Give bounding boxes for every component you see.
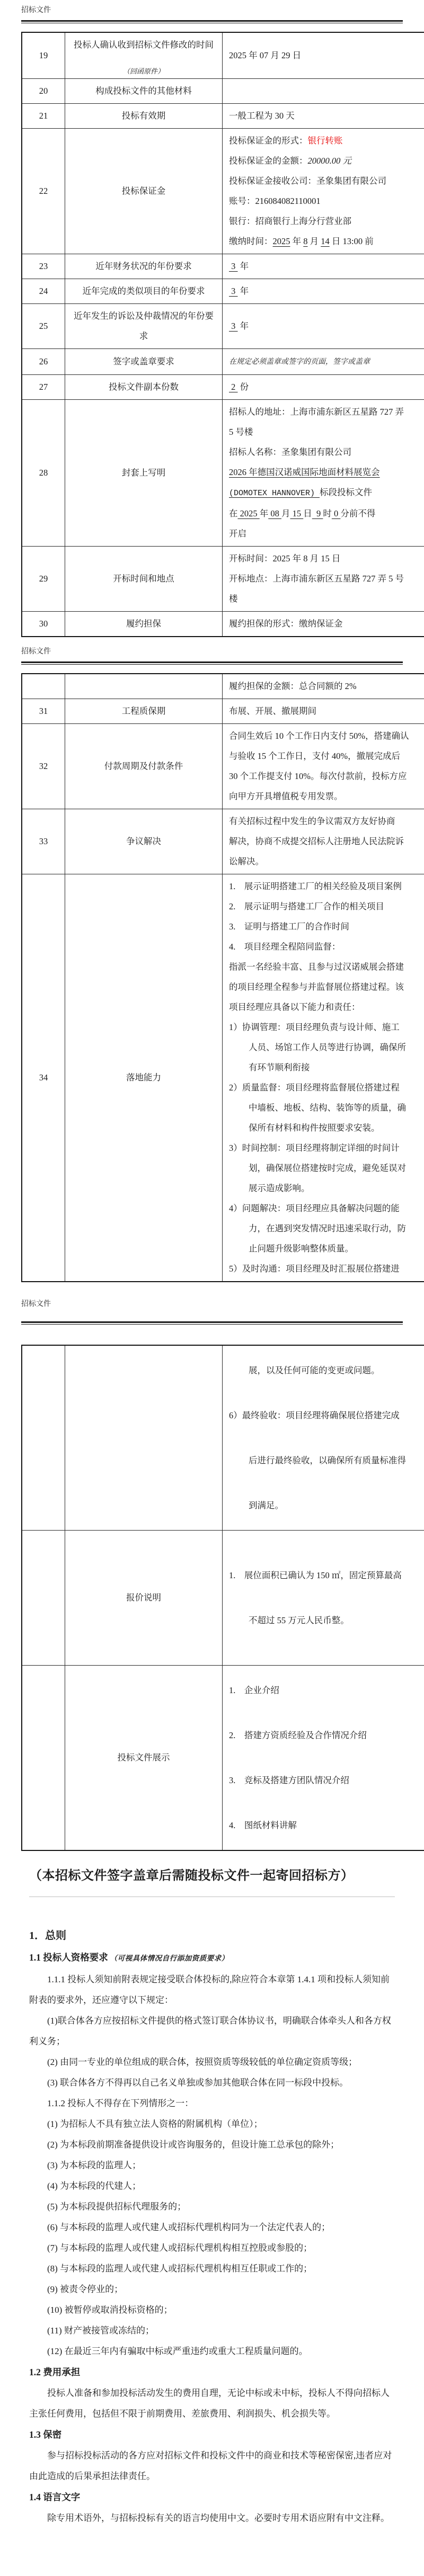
section-paragraph: (3) 联合体各方不得再以自己名义单独或参加其他联合体在同一标段中投标。	[29, 2072, 395, 2093]
row-number-cell: 24	[22, 279, 65, 304]
value-line: 5）及时沟通：项目经理及时汇报展位搭建进	[229, 1259, 422, 1279]
value-line: 到满足。	[229, 1483, 422, 1528]
row-number-cell	[22, 1666, 65, 1851]
text-run: 0	[332, 508, 341, 518]
bid-notice-table-1: 19投标人确认收到招标文件修改的时间（回函原件）2025 年 07 月 29 日…	[21, 32, 424, 637]
header-double-rule	[21, 1321, 403, 1325]
row-number-cell: 31	[22, 699, 65, 724]
value-line: 项目经理应具备以下能力和责任：	[229, 997, 422, 1017]
section-heading: 1.1 投标人资格要求 （可视具体情况自行添加资质要求）	[29, 1947, 395, 1969]
row-label: 工程质保期	[69, 701, 218, 721]
section-heading-note: （可视具体情况自行添加资质要求）	[108, 1954, 229, 1962]
value-line: 一般工程为 30 天	[229, 106, 422, 126]
row-label: 投标文件展示	[69, 1746, 218, 1769]
text-run: 8	[303, 236, 307, 246]
value-line: 指派一名经验丰富、且参与过汉诺威展会搭建	[229, 957, 422, 977]
value-line: 4）问题解决：项目经理应具备解决问题的能	[229, 1198, 422, 1219]
table-row: 22投标保证金投标保证金的形式：银行转账投标保证金的金额：20000.00 元投…	[22, 129, 424, 254]
text-run: 年	[238, 286, 249, 296]
section-divider-line	[29, 1897, 395, 1897]
value-line: 3 年	[229, 256, 422, 276]
row-number-cell: 20	[22, 79, 65, 104]
text-run: 分前不得	[340, 508, 375, 518]
row-value-cell: 合同生效后 10 个工作日内支付 50%，搭建确认与验收 15 个工作日，支付 …	[223, 724, 424, 809]
value-line: 开标地点：上海市浦东新区五星路 727 弄 5 号	[229, 569, 422, 589]
row-value-cell: 履约担保的金额：总合同额的 2%	[223, 674, 424, 699]
row-label-cell: 近年财务状况的年份要求	[65, 254, 223, 279]
text-run: 份	[238, 382, 249, 392]
value-line: 后进行最终验收，以确保所有质量标准得	[229, 1438, 422, 1483]
table-row: 19投标人确认收到招标文件修改的时间（回函原件）2025 年 07 月 29 日	[22, 32, 424, 79]
section-paragraph: 除专用术语外，与招标投标有关的语言均使用中文。必要时专用术语应附有中文注释。	[29, 2508, 395, 2528]
row-label: 落地能力	[69, 1068, 218, 1088]
value-line: 账号：216084082110001	[229, 191, 422, 211]
row-label: 近年完成的类似项目的年份要求	[69, 281, 218, 301]
table-row: 23近年财务状况的年份要求 3 年	[22, 254, 424, 279]
page-header: 招标文件	[21, 0, 403, 15]
section-paragraph: 投标人准备和参加投标活动发生的费用自理，无论中标或未中标，投标人不得向招标人主张…	[29, 2383, 395, 2424]
value-line: 2025 年 07 月 29 日	[229, 46, 422, 66]
row-number-cell	[22, 674, 65, 699]
row-label-cell: 工程质保期	[65, 699, 223, 724]
value-line: 2. 搭建方资质经验及合作情况介绍	[229, 1713, 422, 1758]
value-line: 与验收 15 个工作日，支付 40%，撤展完成后	[229, 746, 422, 766]
text-run: 15	[290, 508, 304, 518]
row-value-cell: 履约担保的形式：缴纳保证金	[223, 612, 424, 637]
row-value-cell: 2025 年 07 月 29 日	[223, 32, 424, 79]
text-run: 年	[238, 261, 249, 271]
row-value-cell: 1. 展示证明搭建工厂的相关经验及项目案例2. 展示证明与搭建工厂合作的相关项目…	[223, 874, 424, 1282]
row-label-cell: 近年发生的诉讼及仲裁情况的年份要求	[65, 304, 223, 349]
text-run: 月	[308, 236, 321, 246]
value-line: 3. 证明与搭建工厂的合作时间	[229, 917, 422, 937]
bid-notice-table-3: 展，以及任何可能的变更或问题。6）最终验收：项目经理将确保展位搭建完成后进行最终…	[21, 1345, 424, 1851]
value-line: 3. 竞标及搭建方团队情况介绍	[229, 1758, 422, 1803]
text-run: 2	[229, 382, 238, 392]
text-run: 时	[323, 508, 332, 518]
row-number-cell: 33	[22, 809, 65, 874]
row-label-cell: 投标文件副本份数	[65, 375, 223, 400]
value-line: 展，以及任何可能的变更或问题。	[229, 1348, 422, 1393]
table-row: 30履约担保履约担保的形式：缴纳保证金	[22, 612, 424, 637]
table-row: 31工程质保期布展、开展、撤展期间	[22, 699, 424, 724]
row-label-cell: 封套上写明	[65, 400, 223, 547]
text-run: 2026 年德国汉诺威国际地面材料展览会	[229, 467, 380, 477]
value-line: 中墙板、地板、结构、装饰等的质量，确	[229, 1098, 422, 1118]
value-line: 投标保证金的形式：银行转账	[229, 131, 422, 151]
section-paragraph: (12) 在最近三年内有骗取中标或严重违约或重大工程质量问题的。	[29, 2341, 395, 2362]
section-paragraph: 1.1.1 投标人须知前附表规定接受联合体投标的,除应符合本章第 1.4.1 项…	[29, 1969, 395, 2010]
value-line: 履约担保的金额：总合同额的 2%	[229, 676, 422, 696]
value-line: 楼	[229, 589, 422, 609]
row-number-cell: 23	[22, 254, 65, 279]
section-paragraph: (10) 被暂停或取消投标资格的；	[29, 2300, 395, 2320]
table-row: 报价说明1. 展位面积已确认为 150 ㎡，固定预算最高不超过 55 万元人民币…	[22, 1531, 424, 1666]
general-provisions-section: 1．总则1.1 投标人资格要求 （可视具体情况自行添加资质要求）1.1.1 投标…	[29, 1925, 395, 2528]
row-value-cell: 展，以及任何可能的变更或问题。6）最终验收：项目经理将确保展位搭建完成后进行最终…	[223, 1345, 424, 1531]
value-line: 2026 年德国汉诺威国际地面材料展览会	[229, 462, 422, 482]
table-row: 34落地能力1. 展示证明搭建工厂的相关经验及项目案例2. 展示证明与搭建工厂合…	[22, 874, 424, 1282]
section-paragraph: (2) 由同一专业的单位组成的联合体，按照资质等级较低的单位确定资质等级；	[29, 2052, 395, 2072]
value-line: (DOMOTEX HANNOVER) 标段投标文件	[229, 482, 422, 504]
row-number-cell: 25	[22, 304, 65, 349]
row-number-cell: 27	[22, 375, 65, 400]
row-label: 投标文件副本份数	[69, 377, 218, 397]
value-line: 5 号楼	[229, 422, 422, 442]
tender-document-page: { "doc": { "page_header": "招标文件", "closi…	[0, 0, 424, 2576]
row-label-cell: 近年完成的类似项目的年份要求	[65, 279, 223, 304]
text-run: 2025	[238, 508, 260, 518]
table-row: 投标文件展示1. 企业介绍2. 搭建方资质经验及合作情况介绍3. 竞标及搭建方团…	[22, 1666, 424, 1851]
text-run: 日 13:00 前	[330, 236, 374, 246]
text-run: 标段投标文件	[320, 487, 372, 497]
table-row: 29开标时间和地点开标时间：2025 年 8 月 15 日开标地点：上海市浦东新…	[22, 547, 424, 612]
row-label: 近年发生的诉讼及仲裁情况的年份要求	[69, 306, 218, 346]
table-row: 33争议解决有关招标过程中发生的争议需双方友好协商解决，协商不成提交招标人注册地…	[22, 809, 424, 874]
section-paragraph: (4) 为本标段的代建人；	[29, 2176, 395, 2196]
row-label: 履约担保	[69, 614, 218, 634]
value-line: 2）质量监督：项目经理将监督展位搭建过程	[229, 1078, 422, 1098]
text-run: 在规定必须盖章或签字的页面，签字或盖章	[229, 358, 370, 366]
row-label: 报价说明	[69, 1586, 218, 1609]
row-label: 投标人确认收到招标文件修改的时间	[69, 35, 218, 55]
value-line: 4. 项目经理全程陪同监督：	[229, 937, 422, 957]
value-line: 1. 展位面积已确认为 150 ㎡，固定预算最高	[229, 1553, 422, 1598]
value-line: 3 年	[229, 281, 422, 301]
header-double-rule	[21, 20, 403, 23]
table-row: 27投标文件副本份数 2 份	[22, 375, 424, 400]
value-line: 合同生效后 10 个工作日内支付 50%，搭建确认	[229, 726, 422, 746]
row-number-cell: 26	[22, 349, 65, 375]
row-label-cell: 争议解决	[65, 809, 223, 874]
text-run: 月	[281, 508, 290, 518]
value-line: 2. 展示证明与搭建工厂合作的相关项目	[229, 897, 422, 917]
value-line: 力，在遇到突发情况时迅速采取行动，防	[229, 1219, 422, 1239]
row-value-cell	[223, 79, 424, 104]
table-row: 25近年发生的诉讼及仲裁情况的年份要求 3 年	[22, 304, 424, 349]
row-value-cell: 1. 展位面积已确认为 150 ㎡，固定预算最高不超过 55 万元人民币整。	[223, 1531, 424, 1666]
row-value-cell: 投标保证金的形式：银行转账投标保证金的金额：20000.00 元投标保证金接收公…	[223, 129, 424, 254]
section-paragraph: (3) 为本标段的监理人；	[29, 2155, 395, 2176]
value-line: 6）最终验收：项目经理将确保展位搭建完成	[229, 1393, 422, 1438]
text-run: 日	[303, 508, 312, 518]
row-value-cell: 开标时间：2025 年 8 月 15 日开标地点：上海市浦东新区五星路 727 …	[223, 547, 424, 612]
text-run: 08	[268, 508, 281, 518]
section-paragraph: (1) 为招标人不具有独立法人资格的附属机构（单位）；	[29, 2114, 395, 2134]
row-label: 投标保证金	[69, 181, 218, 201]
text-run: 在	[229, 508, 238, 518]
section-paragraph: (6) 与本标段的监理人或代建人或招标代理机构同为一个法定代表人的；	[29, 2217, 395, 2238]
value-line: 不超过 55 万元人民币整。	[229, 1598, 422, 1643]
row-value-cell: 2 份	[223, 375, 424, 400]
value-line: 3）时间控制：项目经理将制定详细的时间计	[229, 1138, 422, 1158]
value-line: 止问题升级影响整体质量。	[229, 1239, 422, 1259]
row-label-cell: 构成投标文件的其他材料	[65, 79, 223, 104]
text-run: 年	[238, 321, 249, 331]
row-label: 开标时间和地点	[69, 569, 218, 589]
value-line: 开启	[229, 524, 422, 544]
row-label: 签字或盖章要求	[69, 352, 218, 372]
value-line: 在 2025 年 08 月 15 日 9 时 0 分前不得	[229, 504, 422, 524]
value-line: 展示造成影响。	[229, 1178, 422, 1198]
text-run: 投标保证金的金额：	[229, 156, 308, 166]
value-line: 履约担保的形式：缴纳保证金	[229, 614, 422, 634]
row-value-cell: 1. 企业介绍2. 搭建方资质经验及合作情况介绍3. 竞标及搭建方团队情况介绍4…	[223, 1666, 424, 1851]
value-line: 向甲方开具增值税专用发票。	[229, 786, 422, 807]
value-line: 1. 展示证明搭建工厂的相关经验及项目案例	[229, 876, 422, 897]
section-heading: 1.4 语言文字	[29, 2486, 395, 2508]
row-label-cell: 落地能力	[65, 874, 223, 1282]
text-run: (DOMOTEX HANNOVER)	[229, 489, 320, 498]
value-line: 2 份	[229, 377, 422, 397]
section-paragraph: (1)联合体各方应按招标文件提供的格式签订联合体协议书，明确联合体牵头人和各方权…	[29, 2010, 395, 2052]
value-line: 3 年	[229, 316, 422, 336]
table-row: 履约担保的金额：总合同额的 2%	[22, 674, 424, 699]
row-number-cell: 32	[22, 724, 65, 809]
section-heading: 1.3 保密	[29, 2424, 395, 2445]
section-paragraph: 1.1.2 投标人不得存在下列情形之一：	[29, 2093, 395, 2114]
row-label-note: （回函原件）	[69, 67, 218, 76]
row-number-cell: 34	[22, 874, 65, 1282]
section-heading: 1．总则	[29, 1925, 395, 1947]
value-line: 缴纳时间：2025 年 8 月 14 日 13:00 前	[229, 231, 422, 252]
row-value-cell: 3 年	[223, 279, 424, 304]
value-line: 布展、开展、撤展期间	[229, 701, 422, 721]
row-number-cell: 30	[22, 612, 65, 637]
row-label-cell: 投标保证金	[65, 129, 223, 254]
row-number-cell: 19	[22, 32, 65, 79]
text-run: 14	[321, 236, 330, 246]
row-number-cell	[22, 1345, 65, 1531]
value-line: 有关招标过程中发生的争议需双方友好协商	[229, 811, 422, 831]
table-row: 21投标有效期一般工程为 30 天	[22, 104, 424, 129]
text-run: 3	[229, 286, 238, 296]
row-label-cell: 签字或盖章要求	[65, 349, 223, 375]
text-run: 年	[260, 508, 269, 518]
row-label: 投标有效期	[69, 106, 218, 126]
row-number-cell: 21	[22, 104, 65, 129]
value-line: 1. 企业介绍	[229, 1668, 422, 1713]
table-row: 24近年完成的类似项目的年份要求 3 年	[22, 279, 424, 304]
text-run: 3	[229, 261, 238, 271]
return-instruction-note: （本招标文件签字盖章后需随投标文件一起寄回招标方）	[29, 1867, 403, 1885]
value-line: 在规定必须盖章或签字的页面，签字或盖章	[229, 351, 422, 372]
value-line: 4. 图纸材料讲解	[229, 1803, 422, 1848]
row-label: 封套上写明	[69, 463, 218, 483]
section-paragraph: (9) 被责令停业的；	[29, 2279, 395, 2300]
section-heading: 1.2 费用承担	[29, 2362, 395, 2383]
table-row: 20构成投标文件的其他材料	[22, 79, 424, 104]
table-row: 展，以及任何可能的变更或问题。6）最终验收：项目经理将确保展位搭建完成后进行最终…	[22, 1345, 424, 1531]
value-line: 保所有材料和构件按照要求安装。	[229, 1118, 422, 1138]
text-run: 2025	[273, 236, 290, 246]
row-number-cell: 22	[22, 129, 65, 254]
section-paragraph: (2) 为本标段前期准备提供设计或咨询服务的，但设计施工总承包的除外；	[29, 2134, 395, 2155]
row-label-cell: 付款周期及付款条件	[65, 724, 223, 809]
row-label: 付款周期及付款条件	[69, 756, 218, 776]
row-label-cell: 报价说明	[65, 1531, 223, 1666]
section-paragraph: (11) 财产被接管或冻结的；	[29, 2320, 395, 2341]
value-line: 有环节顺利衔接	[229, 1058, 422, 1078]
value-line: 30 个工作提支付 10%。每次付款前，投标方应	[229, 766, 422, 786]
text-run: 年	[290, 236, 304, 246]
row-label-cell: 投标人确认收到招标文件修改的时间（回函原件）	[65, 32, 223, 79]
text-run: 银行转账	[308, 136, 343, 146]
text-run: 9	[312, 508, 323, 518]
value-line: 开标时间：2025 年 8 月 15 日	[229, 549, 422, 569]
section-paragraph: (5) 为本标段提供招标代理服务的；	[29, 2196, 395, 2217]
value-line: 投标保证金的金额：20000.00 元	[229, 151, 422, 171]
value-line: 投标保证金接收公司：圣象集团有限公司	[229, 171, 422, 191]
value-line: 人员、场馆工作人员等进行协调，确保所	[229, 1037, 422, 1058]
row-label-cell: 开标时间和地点	[65, 547, 223, 612]
value-line: 解决，协商不成提交招标人注册地人民法院诉	[229, 831, 422, 852]
value-line: 划，确保展位搭建按时完成，避免延误对	[229, 1158, 422, 1178]
row-label: 近年财务状况的年份要求	[69, 256, 218, 276]
text-run: 缴纳时间：	[229, 236, 273, 246]
table-row: 32付款周期及付款条件合同生效后 10 个工作日内支付 50%，搭建确认与验收 …	[22, 724, 424, 809]
row-label: 构成投标文件的其他材料	[69, 81, 218, 101]
value-line: 讼解决。	[229, 852, 422, 872]
row-label: 争议解决	[69, 831, 218, 852]
page-header: 招标文件	[21, 1282, 403, 1309]
row-label-cell: 履约担保	[65, 612, 223, 637]
row-value-cell: 在规定必须盖章或签字的页面，签字或盖章	[223, 349, 424, 375]
text-run: 20000.00 元	[308, 156, 352, 166]
row-number-cell: 28	[22, 400, 65, 547]
row-label-cell: 投标文件展示	[65, 1666, 223, 1851]
value-line: 招标人的地址：上海市浦东新区五星路 727 弄	[229, 402, 422, 422]
header-double-rule	[21, 661, 403, 665]
section-paragraph: (8) 与本标段的监理人或代建人或招标代理机构相互任职或工作的；	[29, 2258, 395, 2279]
row-label-cell: 投标有效期	[65, 104, 223, 129]
value-line: 银行：招商银行上海分行营业部	[229, 211, 422, 231]
section-paragraph: (7) 与本标段的监理人或代建人或招标代理机构相互控股或参股的；	[29, 2238, 395, 2258]
section-paragraph: 参与招标投标活动的各方应对招标文件和投标文件中的商业和技术等秘密保密,违者应对由…	[29, 2445, 395, 2486]
row-label-cell	[65, 1345, 223, 1531]
row-number-cell	[22, 1531, 65, 1666]
bid-notice-table-2: 履约担保的金额：总合同额的 2%31工程质保期布展、开展、撤展期间32付款周期及…	[21, 673, 424, 1282]
row-value-cell: 布展、开展、撤展期间	[223, 699, 424, 724]
row-value-cell: 招标人的地址：上海市浦东新区五星路 727 弄5 号楼招标人名称：圣象集团有限公…	[223, 400, 424, 547]
table-row: 26签字或盖章要求在规定必须盖章或签字的页面，签字或盖章	[22, 349, 424, 375]
row-value-cell: 有关招标过程中发生的争议需双方友好协商解决，协商不成提交招标人注册地人民法院诉讼…	[223, 809, 424, 874]
table-row: 28封套上写明招标人的地址：上海市浦东新区五星路 727 弄5 号楼招标人名称：…	[22, 400, 424, 547]
page-header: 招标文件	[21, 637, 403, 656]
text-run: 投标保证金的形式：	[229, 136, 308, 146]
text-run: 3	[229, 321, 238, 331]
value-line: 的项目经理全程参与并监督展位搭建过程。该	[229, 977, 422, 997]
row-value-cell: 3 年	[223, 254, 424, 279]
row-label-cell	[65, 674, 223, 699]
value-line: 招标人名称：圣象集团有限公司	[229, 442, 422, 462]
row-number-cell: 29	[22, 547, 65, 612]
row-value-cell: 一般工程为 30 天	[223, 104, 424, 129]
value-line: 1）协调管理：项目经理负责与设计师、施工	[229, 1017, 422, 1037]
row-value-cell: 3 年	[223, 304, 424, 349]
